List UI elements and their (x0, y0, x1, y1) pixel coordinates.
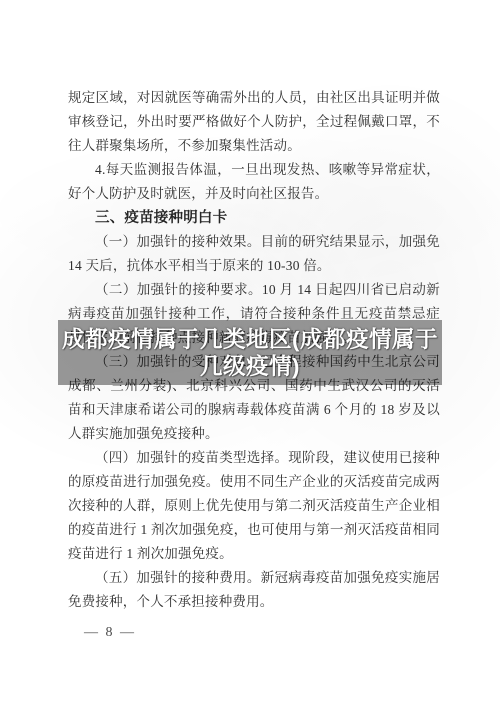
document-line: 免费接种，个人不承担接种费用。 (68, 590, 440, 614)
headline-title-line-2: 几级疫情) (200, 353, 300, 380)
document-line: 疫苗进行 1 剂次加强免疫。 (68, 542, 440, 566)
document-line: 好个人防护及时就医，并及时向社区报告。 (68, 182, 440, 206)
page-number: — 8 — (84, 624, 136, 642)
document-line: 审核登记，外出时要严格做好个人防护，全过程佩戴口罩，不前 (68, 110, 440, 134)
headline-overlay-banner: 成都疫情属于几类地区(成都疫情属于 几级疫情) (58, 320, 442, 385)
document-line: 的原疫苗进行加强免疫。使用不同生产企业的灭活疫苗完成两剂 (68, 470, 440, 494)
document-line: 苗和天津康希诺公司的腺病毒载体疫苗满 6 个月的 18 岁及以上 (68, 398, 440, 422)
document-line: 4.每天监测报告体温，一旦出现发热、咳嗽等异常症状，做 (68, 158, 440, 182)
document-line: （一）加强针的接种效果。目前的研究结果显示，加强免疫 (68, 230, 440, 254)
document-line: 次接种的人群，原则上优先使用与第二剂灭活疫苗生产企业相同 (68, 494, 440, 518)
document-line: 14 天后，抗体水平相当于原来的 10-30 倍。 (68, 254, 440, 278)
section-heading: 三、疫苗接种明白卡 (68, 206, 440, 230)
document-line: 规定区域，对因就医等确需外出的人员，由社区出具证明并做好 (68, 86, 440, 110)
document-line: 往人群聚集场所，不参加聚集性活动。 (68, 134, 440, 158)
document-line: 人群实施加强免疫接种。 (68, 422, 440, 446)
document-line: （二）加强针的接种要求。10 月 14 日起四川省已启动新冠 (68, 278, 440, 302)
document-page: 规定区域，对因就医等确需外出的人员，由社区出具证明并做好 审核登记，外出时要严格… (0, 0, 500, 706)
document-line: （四）加强针的疫苗类型选择。现阶段，建议使用已接种过 (68, 446, 440, 470)
headline-title-line-1: 成都疫情属于几类地区(成都疫情属于 (62, 326, 438, 353)
document-line: （五）加强针的接种费用。新冠病毒疫苗加强免疫实施居民 (68, 566, 440, 590)
document-line: 的疫苗进行 1 剂次加强免疫，也可使用与第一剂灭活疫苗相同的 (68, 518, 440, 542)
